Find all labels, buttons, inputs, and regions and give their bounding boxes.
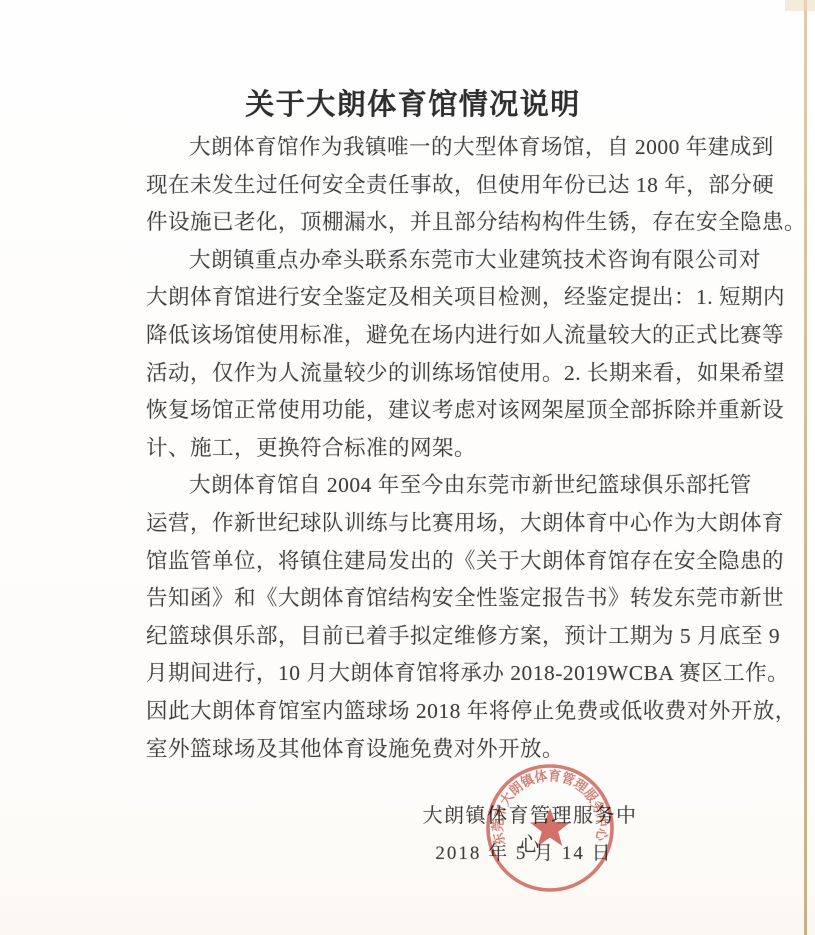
paragraph-2-line-6: 计、施工，更换符合标准的网架。	[146, 430, 691, 468]
document-title: 关于大朗体育馆情况说明	[146, 82, 680, 123]
paragraph-3-line-4: 告知函》和《大朗体育馆结构安全性鉴定报告书》转发东莞市新世	[146, 580, 691, 618]
scan-corner-artifact	[785, 0, 815, 11]
paragraph-2-line-3: 降低该场馆使用标准，避免在场内进行如人流量较大的正式比赛等	[146, 317, 691, 355]
paragraph-1-line-1: 大朗体育馆作为我镇唯一的大型体育场馆，自 2000 年建成到	[146, 129, 691, 167]
document-page: 关于大朗体育馆情况说明 大朗体育馆作为我镇唯一的大型体育场馆，自 2000 年建…	[0, 0, 815, 935]
paragraph-3-line-3: 馆监管单位，将镇住建局发出的《关于大朗体育馆存在安全隐患的	[146, 543, 691, 581]
paragraph-1-line-3: 件设施已老化，顶棚漏水，并且部分结构构件生锈，存在安全隐患。	[146, 204, 691, 242]
paragraph-2-line-4: 活动，仅作为人流量较少的训练场馆使用。2. 长期来看，如果希望	[146, 355, 691, 393]
paragraph-2-line-5: 恢复场馆正常使用功能，建议考虑对该网架屋顶全部拆除并重新设	[146, 392, 691, 430]
seal-star-icon	[530, 808, 570, 846]
paragraph-3-line-5: 纪篮球俱乐部，目前已着手拟定维修方案，预计工期为 5 月底至 9	[146, 618, 691, 656]
official-seal: 东莞市大朗镇体育管理服务中心	[480, 758, 620, 898]
paragraph-2-line-2: 大朗体育馆进行安全鉴定及相关项目检测，经鉴定提出：1. 短期内	[146, 279, 691, 317]
paragraph-3-line-7: 因此大朗体育馆室内篮球场 2018 年将停止免费或低收费对外开放，	[146, 693, 691, 731]
paragraph-1-line-2: 现在未发生过任何安全责任事故，但使用年份已达 18 年，部分硬	[146, 167, 691, 205]
document-body: 大朗体育馆作为我镇唯一的大型体育场馆，自 2000 年建成到现在未发生过任何安全…	[146, 129, 691, 768]
paragraph-3-line-6: 月期间进行，10 月大朗体育馆将承办 2018-2019WCBA 赛区工作。	[146, 655, 691, 693]
paragraph-3-line-1: 大朗体育馆自 2004 年至今由东莞市新世纪篮球俱乐部托管	[146, 467, 691, 505]
scan-page-edge	[804, 0, 807, 935]
paragraph-3-line-2: 运营，作新世纪球队训练与比赛用场，大朗体育中心作为大朗体育	[146, 505, 691, 543]
paragraph-2-line-1: 大朗镇重点办牵头联系东莞市大业建筑技术咨询有限公司对	[146, 242, 691, 280]
